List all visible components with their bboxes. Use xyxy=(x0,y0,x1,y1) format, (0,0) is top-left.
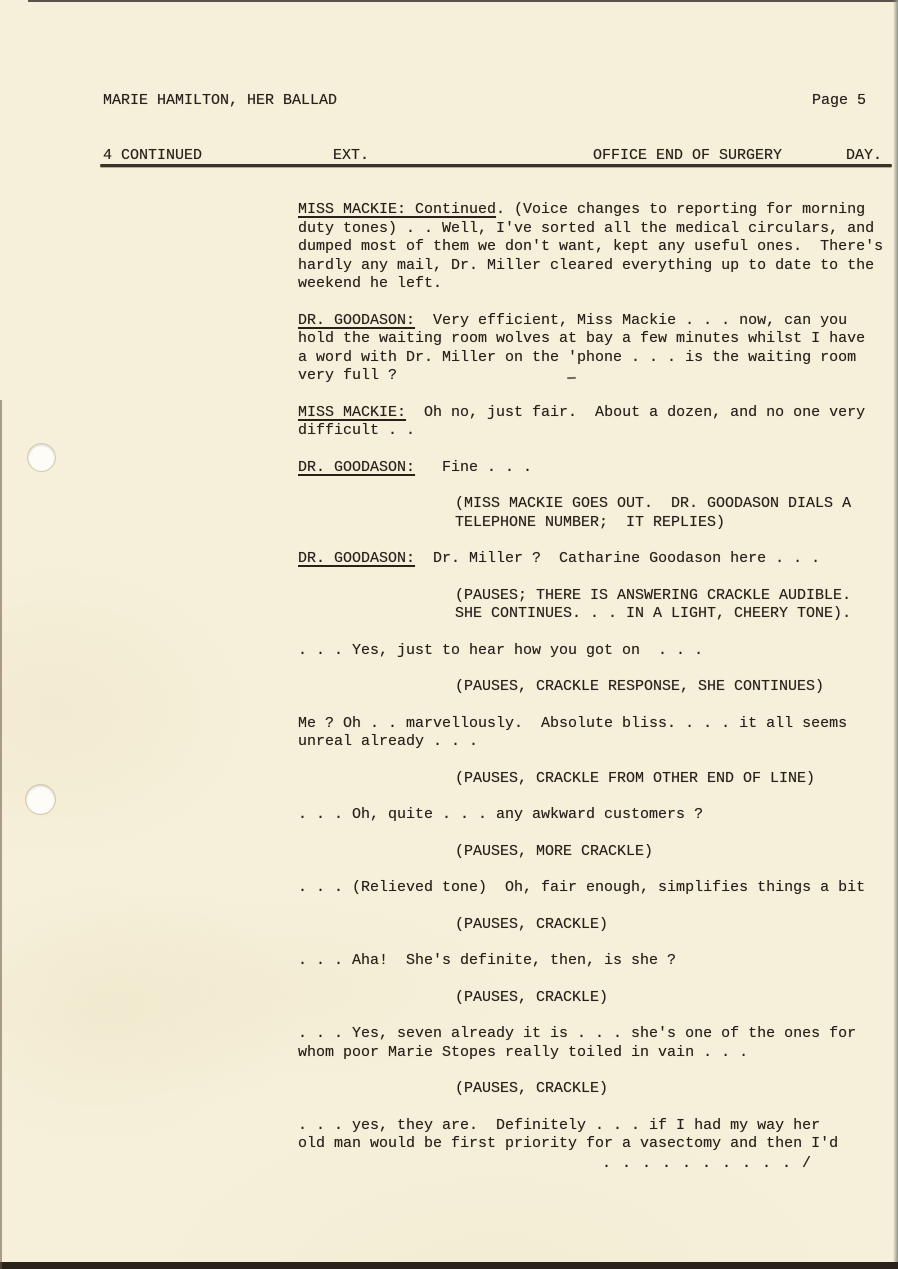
block-text: (PAUSES; THERE IS ANSWERING CRACKLE AUDI… xyxy=(455,587,851,623)
script-block-direction: (PAUSES, CRACKLE) xyxy=(455,916,898,935)
block-text: (PAUSES, CRACKLE FROM OTHER END OF LINE) xyxy=(455,770,815,787)
script-body: MISS MACKIE: Continued. (Voice changes t… xyxy=(298,201,898,1172)
script-block-dialogue: MISS MACKIE: Continued. (Voice changes t… xyxy=(298,201,898,294)
script-block-direction: (PAUSES, CRACKLE FROM OTHER END OF LINE) xyxy=(455,770,898,789)
scene-ext-label: EXT. xyxy=(333,147,369,165)
script-block-speech: . . . (Relieved tone) Oh, fair enough, s… xyxy=(298,879,898,898)
block-text: (PAUSES, CRACKLE) xyxy=(455,989,608,1006)
script-block-direction: (MISS MACKIE GOES OUT. DR. GOODASON DIAL… xyxy=(455,495,898,532)
document-title: MARIE HAMILTON, HER BALLAD xyxy=(103,92,337,110)
block-text: (PAUSES, CRACKLE) xyxy=(455,916,608,933)
script-block-dialogue: MISS MACKIE: Oh no, just fair. About a d… xyxy=(298,404,898,441)
scene-continued-label: 4 CONTINUED xyxy=(103,147,202,165)
script-block-dialogue: DR. GOODASON: Fine . . . xyxy=(298,459,898,478)
script-block-direction: (PAUSES, CRACKLE) xyxy=(455,989,898,1008)
punch-hole-bottom xyxy=(26,785,55,814)
script-block-speech: . . . Yes, seven already it is . . . she… xyxy=(298,1025,898,1062)
script-block-speech: Me ? Oh . . marvellously. Absolute bliss… xyxy=(298,715,898,752)
speaker-name: DR. GOODASON: xyxy=(298,312,415,329)
block-text: Me ? Oh . . marvellously. Absolute bliss… xyxy=(298,715,847,751)
block-text: . . . Oh, quite . . . any awkward custom… xyxy=(298,806,703,823)
block-text: . . . (Relieved tone) Oh, fair enough, s… xyxy=(298,879,865,896)
speaker-name: DR. GOODASON: xyxy=(298,550,415,567)
scan-edge-left xyxy=(0,400,2,1269)
scene-time-label: DAY. xyxy=(846,147,882,165)
speaker-name: MISS MACKIE: Continued xyxy=(298,201,496,218)
block-text: Fine . . . xyxy=(415,459,532,476)
script-block-speech: . . . yes, they are. Definitely . . . if… xyxy=(298,1117,898,1154)
script-block-direction: (PAUSES; THERE IS ANSWERING CRACKLE AUDI… xyxy=(455,587,898,624)
scene-location-label: OFFICE END OF SURGERY xyxy=(593,147,782,165)
page-number: Page 5 xyxy=(812,92,866,110)
script-block-direction: (PAUSES, MORE CRACKLE) xyxy=(455,843,898,862)
script-block-speech: . . . Yes, just to hear how you got on .… xyxy=(298,642,898,661)
block-text: Dr. Miller ? Catharine Goodason here . .… xyxy=(415,550,820,567)
punch-hole-top xyxy=(28,444,55,471)
block-text: (PAUSES, CRACKLE RESPONSE, SHE CONTINUES… xyxy=(455,678,824,695)
speaker-name: MISS MACKIE: xyxy=(298,404,406,421)
scan-edge-top xyxy=(28,0,898,2)
script-block-speech: . . . Aha! She's definite, then, is she … xyxy=(298,952,898,971)
block-text: . . . Yes, just to hear how you got on .… xyxy=(298,642,703,659)
block-text: (PAUSES, MORE CRACKLE) xyxy=(455,843,653,860)
scene-heading-underline xyxy=(100,164,892,167)
script-block-direction: (PAUSES, CRACKLE RESPONSE, SHE CONTINUES… xyxy=(455,678,898,697)
script-block-dialogue: DR. GOODASON: Dr. Miller ? Catharine Goo… xyxy=(298,550,898,569)
block-text: (PAUSES, CRACKLE) xyxy=(455,1080,608,1097)
block-text: . . . Yes, seven already it is . . . she… xyxy=(298,1025,856,1061)
ink-smudge xyxy=(567,377,576,379)
continuation-mark: . . . . . . . . . . / xyxy=(602,1155,812,1173)
scan-edge-bottom xyxy=(0,1262,898,1269)
block-text: (MISS MACKIE GOES OUT. DR. GOODASON DIAL… xyxy=(455,495,851,531)
script-block-speech: . . . Oh, quite . . . any awkward custom… xyxy=(298,806,898,825)
block-text: . . . Aha! She's definite, then, is she … xyxy=(298,952,676,969)
speaker-name: DR. GOODASON: xyxy=(298,459,415,476)
script-block-dialogue: DR. GOODASON: Very efficient, Miss Macki… xyxy=(298,312,898,386)
block-text: . . . yes, they are. Definitely . . . if… xyxy=(298,1117,838,1153)
script-page: MARIE HAMILTON, HER BALLAD Page 5 4 CONT… xyxy=(0,0,898,1269)
script-block-direction: (PAUSES, CRACKLE) xyxy=(455,1080,898,1099)
